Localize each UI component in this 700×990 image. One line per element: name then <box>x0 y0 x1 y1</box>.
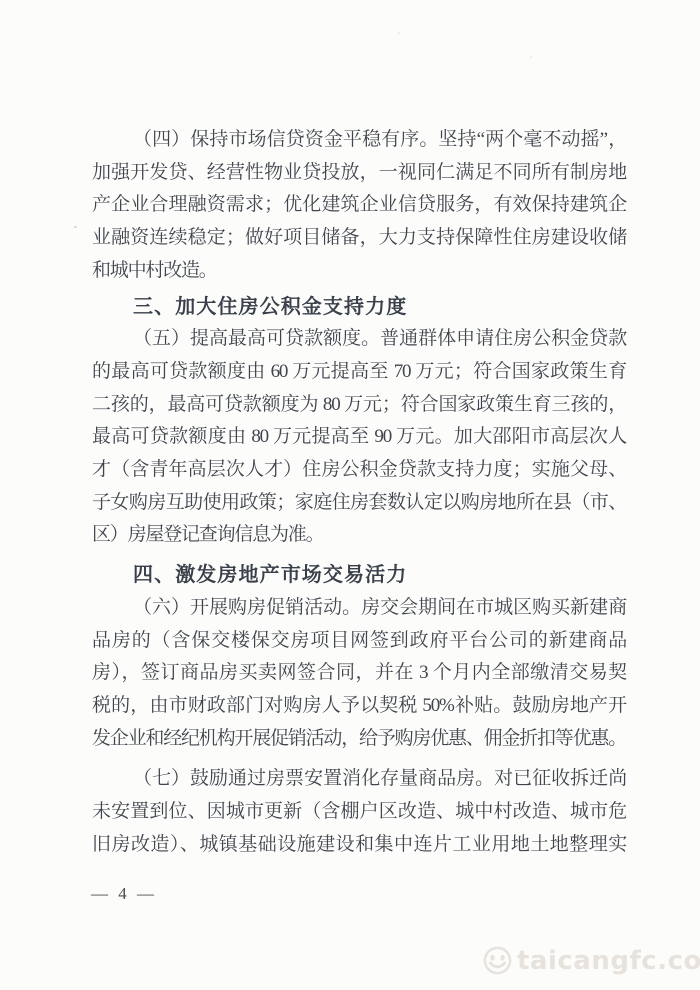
text-line: 的最高可贷款额度由 60 万元提高至 70 万元；符合国家政策生育 <box>92 356 626 389</box>
text-line: 二孩的，最高可贷款额度为 80 万元；符合国家政策生育三孩的， <box>92 389 626 422</box>
text-line: 区）房屋登记查询信息为准。 <box>92 519 626 552</box>
smiley-face-icon <box>482 945 513 976</box>
text-line: （六）开展购房促销活动。房交会期间在市城区购买新建商 <box>92 592 626 625</box>
text-line: （七）鼓励通过房票安置消化存量商品房。对已征收拆迁尚 <box>92 763 626 796</box>
para-item-7: （七）鼓励通过房票安置消化存量商品房。对已征收拆迁尚未安置到位、因城市更新（含棚… <box>92 763 626 861</box>
text-line: （四）保持市场信贷资金平稳有序。坚持“两个毫不动摇”， <box>92 124 626 157</box>
text-line: 旧房改造）、城镇基础设施建设和集中连片工业用地土地整理实 <box>92 829 626 862</box>
watermark: taicangfc.com <box>482 945 700 976</box>
text-line: 最高可贷款额度由 80 万元提高至 90 万元。加大邵阳市高层次人 <box>92 421 626 454</box>
watermark-text: taicangfc.com <box>517 946 700 976</box>
text-line: 税的，由市财政部门对购房人予以契税 50%补贴。鼓励房地产开 <box>92 690 626 723</box>
document-body: （四）保持市场信贷资金平稳有序。坚持“两个毫不动摇”，加强开发贷、经营性物业贷投… <box>92 124 626 861</box>
scan-speck <box>74 226 77 228</box>
section-heading-4: 四、激发房地产市场交易活力 <box>92 559 626 592</box>
scan-speck <box>530 56 532 58</box>
para-item-4: （四）保持市场信贷资金平稳有序。坚持“两个毫不动摇”，加强开发贷、经营性物业贷投… <box>92 124 626 288</box>
para-item-5: （五）提高最高可贷款额度。普通群体申请住房公积金贷款的最高可贷款额度由 60 万… <box>92 323 626 552</box>
text-line: （五）提高最高可贷款额度。普通群体申请住房公积金贷款 <box>92 323 626 356</box>
text-line: 品房的（含保交楼保交房项目网签到政府平台公司的新建商品 <box>92 625 626 658</box>
text-line: 加强开发贷、经营性物业贷投放，一视同仁满足不同所有制房地 <box>92 157 626 190</box>
text-line: 和城中村改造。 <box>92 255 626 288</box>
scan-speck <box>398 32 400 34</box>
text-line: 未安置到位、因城市更新（含棚户区改造、城中村改造、城市危 <box>92 796 626 829</box>
text-line: 业融资连续稳定；做好项目储备，大力支持保障性住房建设收储 <box>92 222 626 255</box>
page-number: — 4 — <box>91 884 157 904</box>
text-line: 发企业和经纪机构开展促销活动，给予购房优惠、佣金折扣等优惠。 <box>92 723 626 756</box>
para-item-6: （六）开展购房促销活动。房交会期间在市城区购买新建商品房的（含保交楼保交房项目网… <box>92 592 626 756</box>
text-line: 产企业合理融资需求；优化建筑企业信贷服务，有效保持建筑企 <box>92 189 626 222</box>
section-heading-3: 三、加大住房公积金支持力度 <box>92 291 626 324</box>
text-line: 子女购房互助使用政策；家庭住房套数认定以购房地所在县（市、 <box>92 487 626 520</box>
text-line: 才（含青年高层次人才）住房公积金贷款支持力度；实施父母、 <box>92 454 626 487</box>
text-line: 房），签订商品房买卖网签合同，并在 3 个月内全部缴清交易契 <box>92 657 626 690</box>
